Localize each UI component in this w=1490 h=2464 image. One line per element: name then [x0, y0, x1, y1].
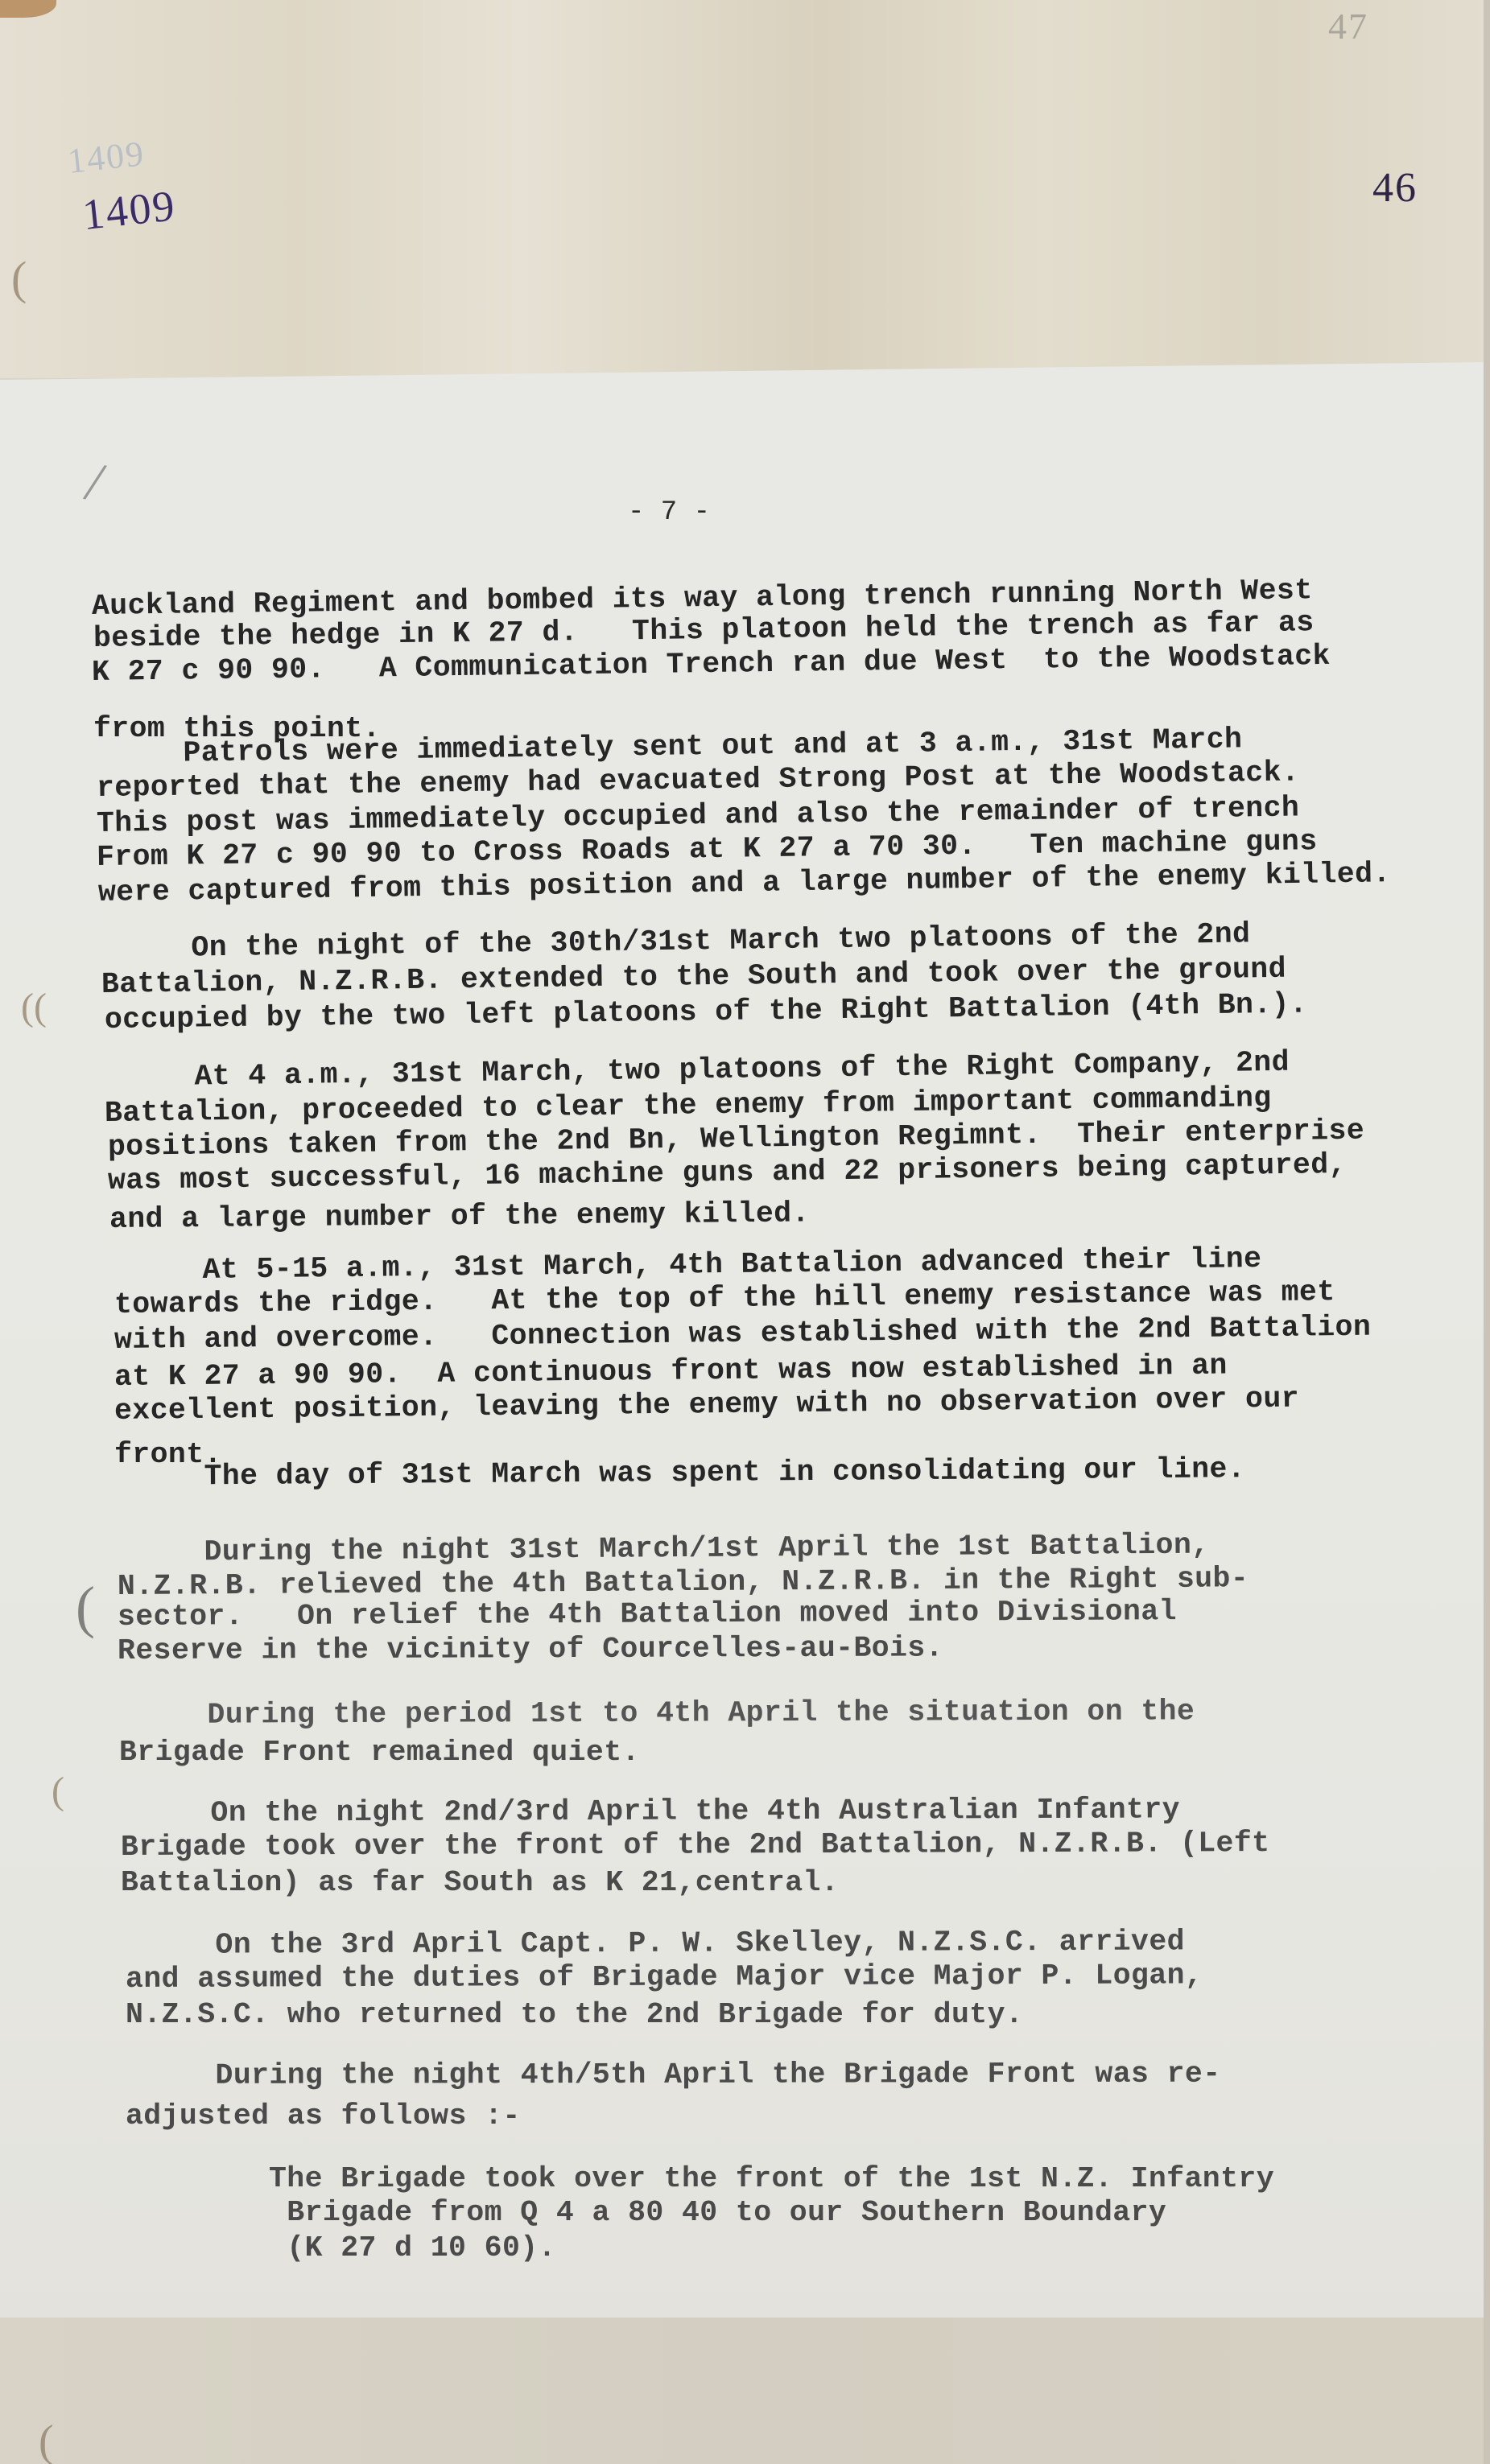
punch-hole-mark: (	[11, 251, 27, 305]
text-line: Brigade Front remained quiet.	[119, 1738, 640, 1768]
archive-number-stamp: 1409	[80, 180, 179, 240]
backing-sheet-bottom	[0, 2318, 1490, 2464]
text-line: (K 27 d 10 60).	[269, 2234, 556, 2264]
folio-number-stamp: 46	[1372, 164, 1418, 212]
punch-hole-mark: (	[52, 1769, 64, 1813]
text-line: and assumed the duties of Brigade Major …	[126, 1961, 1203, 1994]
text-line: Brigade took over the front of the 2nd B…	[121, 1829, 1270, 1862]
text-line: N.Z.S.C. who returned to the 2nd Brigade…	[126, 2000, 1023, 2030]
punch-hole-mark: ((	[21, 985, 47, 1029]
text-line: Battalion) as far South as K 21,central.	[121, 1869, 839, 1898]
text-line: and a large number of the enemy killed.	[109, 1199, 810, 1234]
text-line: adjusted as follows :-	[126, 2102, 521, 2132]
backing-sheet-top	[0, 0, 1490, 378]
text-line: On the 3rd April Capt. P. W. Skelley, N.…	[126, 1927, 1185, 1960]
torn-corner	[0, 0, 56, 18]
text-line: During the night 4th/5th April the Briga…	[126, 2060, 1221, 2091]
text-line: During the period 1st to 4th April the s…	[118, 1697, 1195, 1730]
archive-number-faint: 1409	[66, 133, 147, 182]
text-line: During the night 31st March/1st April th…	[114, 1531, 1210, 1568]
text-line: Reserve in the vicinity of Courcelles-au…	[118, 1634, 943, 1666]
bracket-mark: (	[76, 1574, 95, 1641]
page-edge	[1484, 0, 1490, 2464]
text-line: Brigade from Q 4 a 80 40 to our Southern…	[269, 2198, 1166, 2228]
text-line: sector. On relief the 4th Battalion move…	[118, 1597, 1177, 1632]
text-line: On the night 2nd/3rd April the 4th Austr…	[121, 1795, 1180, 1828]
page-number: - 7 -	[628, 497, 710, 528]
text-line: The day of 31st March was spent in conso…	[114, 1455, 1245, 1492]
text-line: The Brigade took over the front of the 1…	[269, 2165, 1274, 2194]
folio-number-faint: 47	[1328, 5, 1368, 47]
punch-hole-mark: (	[39, 2416, 54, 2464]
